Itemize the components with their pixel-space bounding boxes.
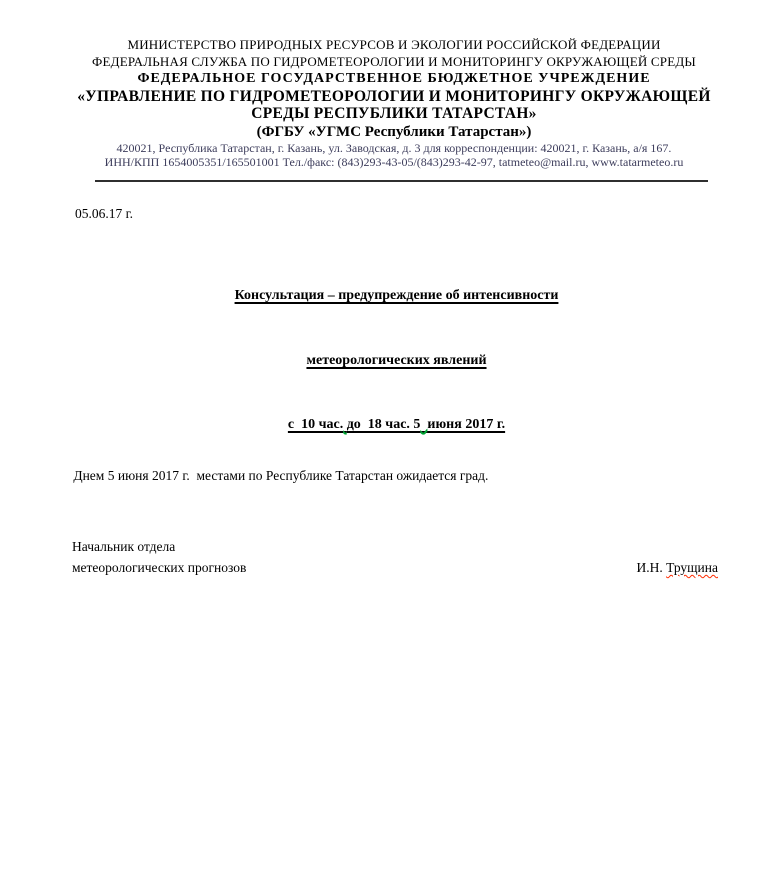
document-page: МИНИСТЕРСТВО ПРИРОДНЫХ РЕСУРСОВ И ЭКОЛОГ… [0,0,772,892]
federal-service-line: ФЕДЕРАЛЬНАЯ СЛУЖБА ПО ГИДРОМЕТЕОРОЛОГИИ … [72,53,716,70]
document-title: Консультация – предупреждение об интенси… [0,264,772,458]
title-line-1: Консультация – предупреждение об интенси… [0,264,772,329]
title-line-1-text: Консультация – предупреждение об интенси… [235,288,559,303]
signature-block: Начальник отдела метеорологических прогн… [72,536,718,578]
letterhead-divider [95,180,708,182]
title-line-3: с 10 час. до 18 час. 5 июня 2017 г. [0,393,772,458]
signer-position: Начальник отдела метеорологических прогн… [72,536,246,578]
signer-name: И.Н. Трущина [636,557,718,578]
title-line-3-part-2: до 18 час. 5 [347,417,421,432]
title-line-3-part-3: июня 2017 г. [427,417,505,432]
org-address-line: 420021, Республика Татарстан, г. Казань,… [72,141,716,156]
org-name-line-2: СРЕДЫ РЕСПУБЛИКИ ТАТАРСТАН» [72,105,716,123]
org-requisites-line: ИНН/КПП 1654005351/165501001 Тел./факс: … [72,155,716,170]
signer-position-line-2: метеорологических прогнозов [72,557,246,578]
ministry-line: МИНИСТЕРСТВО ПРИРОДНЫХ РЕСУРСОВ И ЭКОЛОГ… [72,36,716,53]
signer-surname: Трущина [666,560,718,575]
title-line-2-text: метеорологических явлений [306,353,486,368]
title-line-3-part-1: с 10 час. [288,417,343,432]
signer-position-line-1: Начальник отдела [72,536,246,557]
org-short-name-line: (ФГБУ «УГМС Республики Татарстан») [72,123,716,141]
title-line-3-text: с 10 час. до 18 час. 5 июня 2017 г. [288,417,505,432]
org-type-line: ФЕДЕРАЛЬНОЕ ГОСУДАРСТВЕННОЕ БЮДЖЕТНОЕ УЧ… [72,70,716,88]
org-name-line-1: «УПРАВЛЕНИЕ ПО ГИДРОМЕТЕОРОЛОГИИ И МОНИТ… [72,88,716,106]
letterhead: МИНИСТЕРСТВО ПРИРОДНЫХ РЕСУРСОВ И ЭКОЛОГ… [72,0,716,182]
title-line-2: метеорологических явлений [0,328,772,393]
signer-initials: И.Н. [636,560,666,575]
forecast-body-text: Днем 5 июня 2017 г. местами по Республик… [70,468,722,484]
document-date: 05.06.17 г. [75,206,772,222]
